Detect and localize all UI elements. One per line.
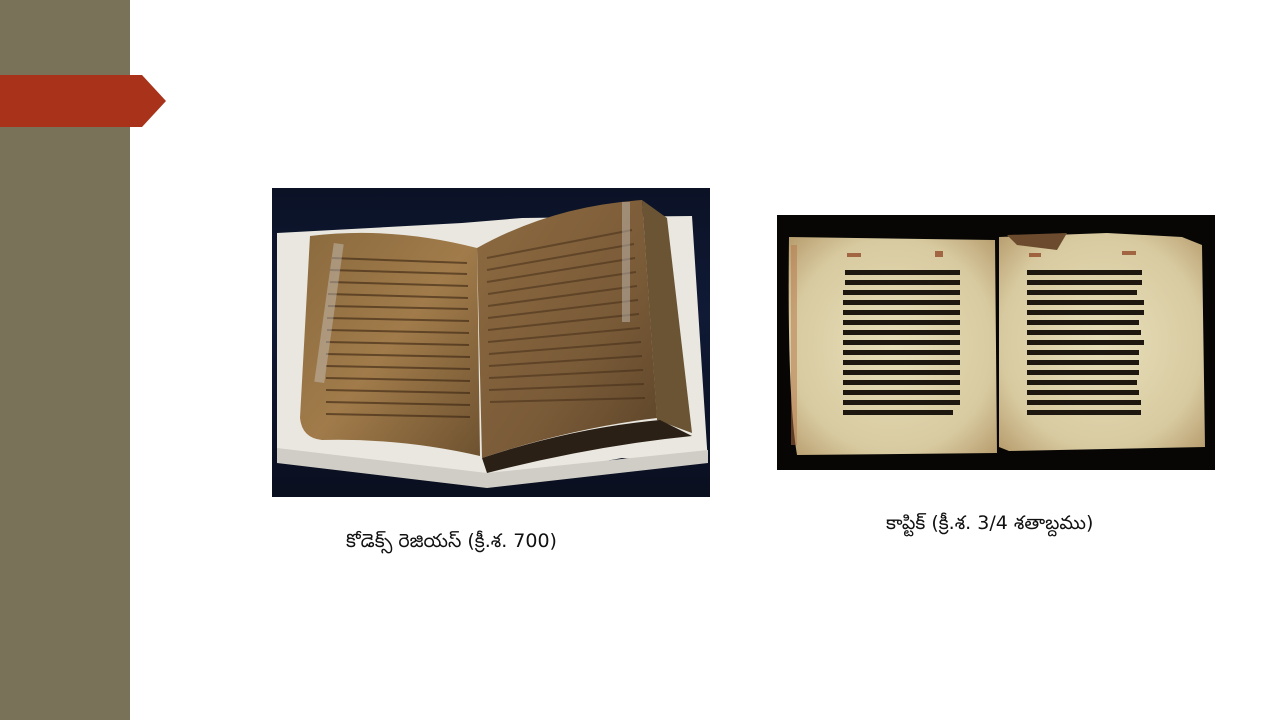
codex-book-illustration bbox=[272, 188, 710, 497]
coptic-manuscript-photo bbox=[777, 215, 1215, 470]
coptic-pages-illustration bbox=[777, 215, 1215, 470]
codex-regius-photo bbox=[272, 188, 710, 497]
coptic-caption: కాప్టిక్ (క్రీ.శ. 3/4 శతాబ్దము) bbox=[886, 512, 1093, 539]
codex-regius-caption: కోడెక్స్ రెజియస్ (క్రీ.శ. 700) bbox=[346, 530, 557, 557]
title-arrow-shape bbox=[0, 75, 166, 127]
